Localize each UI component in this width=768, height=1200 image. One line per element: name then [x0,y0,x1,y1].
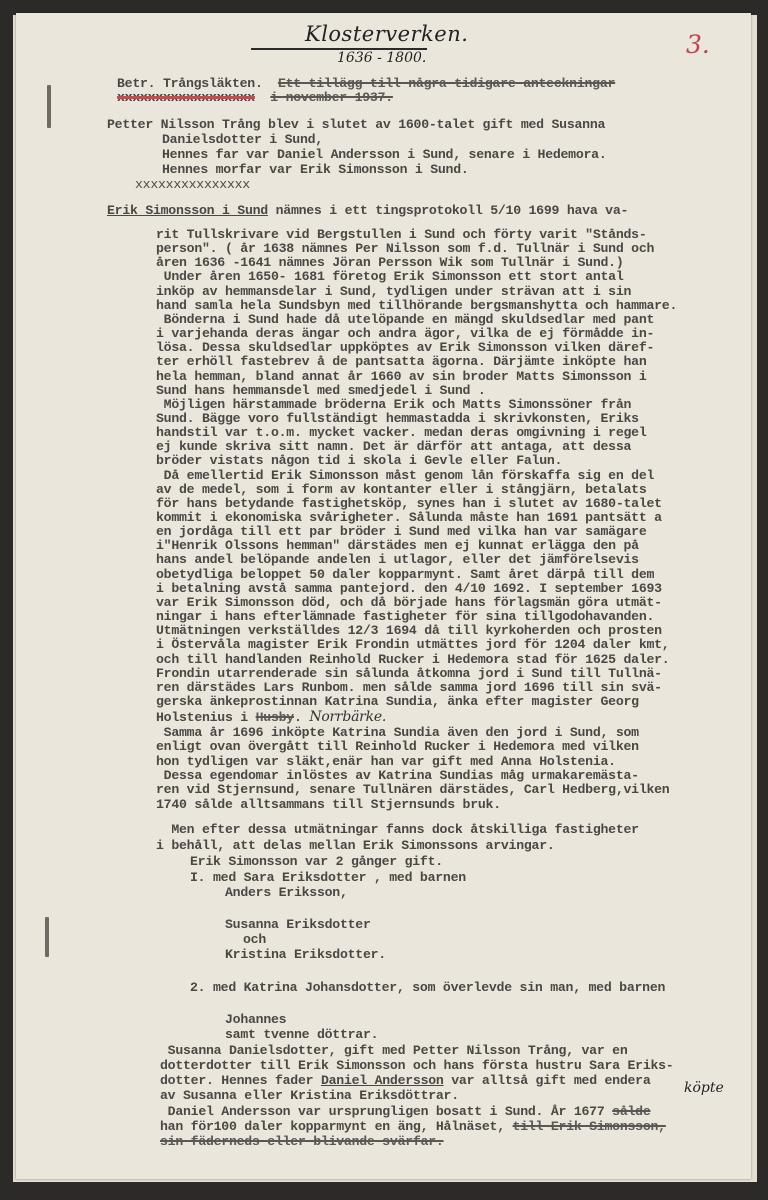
staple-mark-bottom [45,917,49,957]
body-line: Sund. Bägge voro fullständigt hemmastadd… [156,411,639,426]
body-line: ej kunde skriva sitt namn. Det är därför… [156,439,631,454]
body-line: bröder vistats någon tid i skola i Gevle… [156,453,562,468]
body-line: hans andel belöpande andelen i utlagor, … [156,552,639,567]
body-line: i Östervåla magister Erik Frondin utmätt… [156,637,669,652]
closing-text: han för100 daler kopparmynt en äng, Håln… [160,1119,513,1134]
body-line: ren därstädes Lars Runbom. men sålde sam… [156,680,662,695]
header-line-1: Betr. Trångsläkten. Ett tillägg till någ… [117,76,615,91]
underlined-name: Daniel Andersson [321,1073,444,1088]
body-line: av de medel, som i form av kontanter ell… [156,482,646,497]
child-connector: och [243,932,266,947]
handwritten-insert: Norrbärke. [309,709,386,725]
intro-line-x: xxxxxxxxxxxxxxx [135,177,250,192]
struck-phrase: till Erik Simonsson, [513,1119,666,1134]
struck-husby: Husby [256,710,294,725]
heading-rest: nämnes i ett tingsprotokoll 5/10 1699 ha… [268,203,628,218]
page-number: 3. [686,30,710,59]
struck-subtitle-1: Ett tillägg till några tidigare anteckni… [278,76,615,91]
closing-text: Daniel Andersson var ursprungligen bosat… [160,1104,612,1119]
child-item: Anders Eriksson, [225,885,348,900]
closing-line: dotter. Hennes fader Daniel Andersson va… [160,1073,651,1088]
body-line: hand samla hela Sundsbyn med tillhörande… [156,298,677,313]
closing-line: Daniel Andersson var ursprungligen bosat… [160,1104,651,1119]
body-line: Dessa egendomar inlöstes av Katrina Sund… [156,768,639,783]
handwritten-years: 1636 - 1800. [337,50,426,66]
body-line: ningar i hans efterlämnade fastigheter f… [156,609,654,624]
body-line: Samma år 1696 inköpte Katrina Sundia äve… [156,725,639,740]
struck-phrase: sin fäderneds eller blivande svärfar. [160,1134,444,1149]
intro-line: Danielsdotter i Sund, [162,132,323,147]
staple-mark-top [47,85,51,128]
second-marriage: 2. med Katrina Johansdotter, som överlev… [190,980,665,995]
body-line: person". ( år 1638 nämnes Per Nilsson so… [156,241,654,256]
body-line: obetydliga beloppet 50 daler kopparmynt.… [156,567,654,582]
body-line: rit Tullskrivare vid Bergstullen i Sund … [156,227,646,242]
body-line: en jordåga till ett par bröder i Sund me… [156,524,646,539]
holstenius-prefix: Holstenius i [156,710,256,725]
intro-line: Petter Nilsson Trång blev i slutet av 16… [107,117,605,132]
child-item: Kristina Eriksdotter. [225,947,386,962]
child-item: Johannes [225,1012,286,1027]
body-line: enligt ovan övergått till Reinhold Rucke… [156,739,639,754]
body-line: i betalning avstå samma pantejord. den 4… [156,581,662,596]
header-line-2: xxxxxxxxxxxxxxxxxx i november 1937. [117,90,393,105]
red-strikeout: xxxxxxxxxxxxxxxxxx [117,90,255,105]
child-item: Susanna Eriksdotter [225,917,371,932]
body-line: ter erhöll fastebrev å de pantsatta ägor… [156,354,646,369]
body-line: gerska änkeprostinnan Katrina Sundia, än… [156,694,639,709]
body-line: lösa. Dessa skuldsedlar uppköptes av Eri… [156,340,654,355]
handwritten-title: Klosterverken. [305,22,468,46]
body-line: Sund hans hemmansdel med smedjedel i Sun… [156,383,486,398]
heirs-intro-1: Men efter dessa utmätningar fanns dock å… [156,822,639,837]
body-line: Frondin utarrenderade sin sålunda åtkomn… [156,666,662,681]
closing-text: var alltså gift med endera [444,1073,651,1088]
margin-annotation: köpte [684,1080,724,1096]
body-line: Under åren 1650- 1681 företog Erik Simon… [156,269,624,284]
body-line: ren vid Stjernsund, senare Tullnären där… [156,782,669,797]
first-marriage: I. med Sara Eriksdotter , med barnen [190,870,466,885]
holstenius-period: . [294,710,302,725]
married-twice: Erik Simonsson var 2 gånger gift. [190,854,443,869]
body-line: Utmätningen verkställdes 12/3 1694 då ti… [156,623,662,638]
intro-line: Hennes far var Daniel Andersson i Sund, … [162,147,607,162]
intro-line: Hennes morfar var Erik Simonsson i Sund. [162,162,469,177]
closing-line: han för100 daler kopparmynt en äng, Håln… [160,1119,666,1134]
holstenius-line: Holstenius i Husby. Norrbärke. [156,710,386,725]
body-line: Bönderna i Sund hade då utelöpande en mä… [156,312,654,327]
body-line: inköp av hemmansdelar i Sund, tydligen u… [156,284,631,299]
header-label: Betr. Trångsläkten. [117,76,263,91]
body-line: kommit i ekonomiska svårigheter. Sålunda… [156,510,662,525]
body-line: handstil var t.o.m. mycket vacker. medan… [156,425,646,440]
section-heading: Erik Simonsson i Sund nämnes i ett tings… [107,203,628,218]
closing-line: sin fäderneds eller blivande svärfar. [160,1134,444,1149]
struck-subtitle-2: i november 1937. [270,90,393,105]
body-line: 1740 sålde alltsammans till Stjernsunds … [156,797,501,812]
heirs-intro-2: i behåll, att delas mellan Erik Simonsso… [156,838,555,853]
body-line: var Erik Simonsson död, och då började h… [156,595,662,610]
body-line: för hans betydande fastighetsköp, synes … [156,496,662,511]
closing-line: Susanna Danielsdotter, gift med Petter N… [160,1043,628,1058]
closing-text: dotter. Hennes fader [160,1073,321,1088]
body-line: Då emellertid Erik Simonsson måst genom … [156,468,654,483]
body-line: hon tydligen var släkt,enär han var gift… [156,754,616,769]
body-line: och till handlanden Reinhold Rucker i He… [156,652,669,667]
closing-line: av Susanna eller Kristina Eriksdöttrar. [160,1088,459,1103]
body-line: hela hemman, bland annat år 1660 av sin … [156,369,646,384]
body-line: Möjligen härstammade bröderna Erik och M… [156,397,631,412]
struck-word: sålde [612,1104,650,1119]
closing-line: dotterdotter till Erik Simonsson och han… [160,1058,673,1073]
child-item: samt tvenne döttrar. [225,1027,378,1042]
body-line: i varjehanda deras ängar och andra ägor,… [156,326,654,341]
body-line: åren 1636 -1641 nämnes Jöran Persson Wik… [156,255,624,270]
body-line: i"Henrik Olssons hemman" därstädes men e… [156,538,639,553]
heading-underlined: Erik Simonsson i Sund [107,203,268,218]
